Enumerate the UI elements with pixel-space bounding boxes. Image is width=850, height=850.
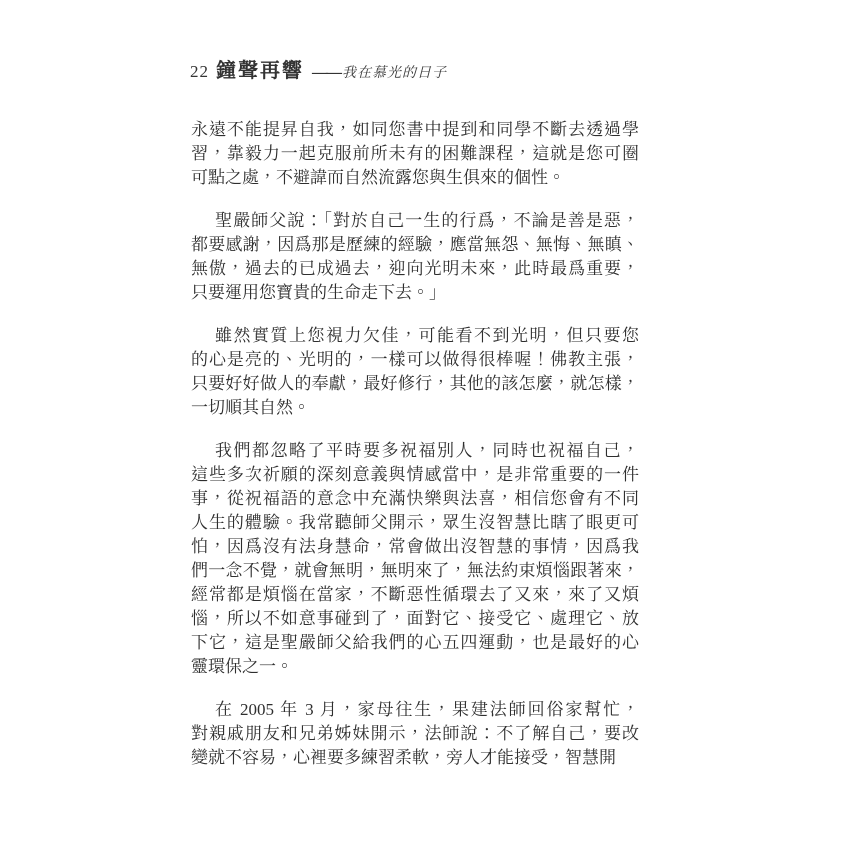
book-page: 22 鐘聲再響 —— 我在慕光的日子 永遠不能提昇自我，如同您書中提到和同學不斷…	[0, 0, 850, 850]
text-line: 下它，這是聖嚴師父給我們的心五四運動，也是最好的心	[191, 631, 639, 655]
text-line: 變就不容易，心裡要多練習柔軟，旁人才能接受，智慧開	[191, 746, 639, 770]
paragraph: 我們都忽略了平時要多祝福別人，同時也祝福自己，這些多次祈願的深刻意義與情感當中，…	[191, 439, 639, 679]
text-line: 怕，因爲沒有法身慧命，常會做出沒智慧的事情，因爲我	[191, 535, 639, 559]
running-head: 22 鐘聲再響 —— 我在慕光的日子	[190, 54, 447, 83]
text-line: 一切順其自然。	[191, 396, 639, 420]
text-line: 經常都是煩惱在當家，不斷惡性循環去了又來，來了又煩	[191, 583, 639, 607]
page-body: 永遠不能提昇自我，如同您書中提到和同學不斷去透過學習，靠毅力一起克服前所未有的困…	[191, 118, 639, 770]
text-line: 永遠不能提昇自我，如同您書中提到和同學不斷去透過學	[191, 118, 639, 142]
text-line: 事，從祝福語的意念中充滿快樂與法喜，相信您會有不同	[191, 487, 639, 511]
text-line: 這些多次祈願的深刻意義與情感當中，是非常重要的一件	[191, 463, 639, 487]
text-line: 聖嚴師父說：「對於自己一生的行爲，不論是善是惡，	[191, 209, 639, 233]
text-line: 在 2005 年 3 月，家母往生，果建法師回俗家幫忙，	[191, 698, 639, 722]
paragraph: 在 2005 年 3 月，家母往生，果建法師回俗家幫忙，對親戚朋友和兄弟姊妹開示…	[191, 698, 639, 770]
text-line: 我們都忽略了平時要多祝福別人，同時也祝福自己，	[191, 439, 639, 463]
text-line: 無傲，過去的已成過去，迎向光明未來，此時最爲重要，	[191, 257, 639, 281]
paragraph: 雖然實質上您視力欠佳，可能看不到光明，但只要您的心是亮的、光明的，一樣可以做得很…	[191, 324, 639, 420]
paragraph: 聖嚴師父說：「對於自己一生的行爲，不論是善是惡，都要感謝，因爲那是歷練的經驗，應…	[191, 209, 639, 305]
text-line: 都要感謝，因爲那是歷練的經驗，應當無怨、無悔、無瞋、	[191, 233, 639, 257]
text-line: 靈環保之一。	[191, 655, 639, 679]
text-line: 只要運用您寶貴的生命走下去。」	[191, 281, 639, 305]
text-line: 人生的體驗。我常聽師父開示，眾生沒智慧比瞎了眼更可	[191, 511, 639, 535]
text-line: 惱，所以不如意事碰到了，面對它、接受它、處理它、放	[191, 607, 639, 631]
paragraph: 永遠不能提昇自我，如同您書中提到和同學不斷去透過學習，靠毅力一起克服前所未有的困…	[191, 118, 639, 190]
title-dash: ——	[312, 64, 340, 82]
text-line: 可點之處，不避諱而自然流露您與生俱來的個性。	[191, 166, 639, 190]
text-line: 雖然實質上您視力欠佳，可能看不到光明，但只要您	[191, 324, 639, 348]
page-number: 22	[190, 62, 209, 82]
text-line: 的心是亮的、光明的，一樣可以做得很棒喔！佛教主張，	[191, 348, 639, 372]
text-line: 對親戚朋友和兄弟姊妹開示，法師說：不了解自己，要改	[191, 722, 639, 746]
book-title: 鐘聲再響	[216, 54, 304, 83]
text-line: 們一念不覺，就會無明，無明來了，無法約束煩惱跟著來，	[191, 559, 639, 583]
book-subtitle: 我在慕光的日子	[342, 62, 447, 82]
text-line: 習，靠毅力一起克服前所未有的困難課程，這就是您可圈	[191, 142, 639, 166]
text-line: 只要好好做人的奉獻，最好修行，其他的該怎麼，就怎樣，	[191, 372, 639, 396]
